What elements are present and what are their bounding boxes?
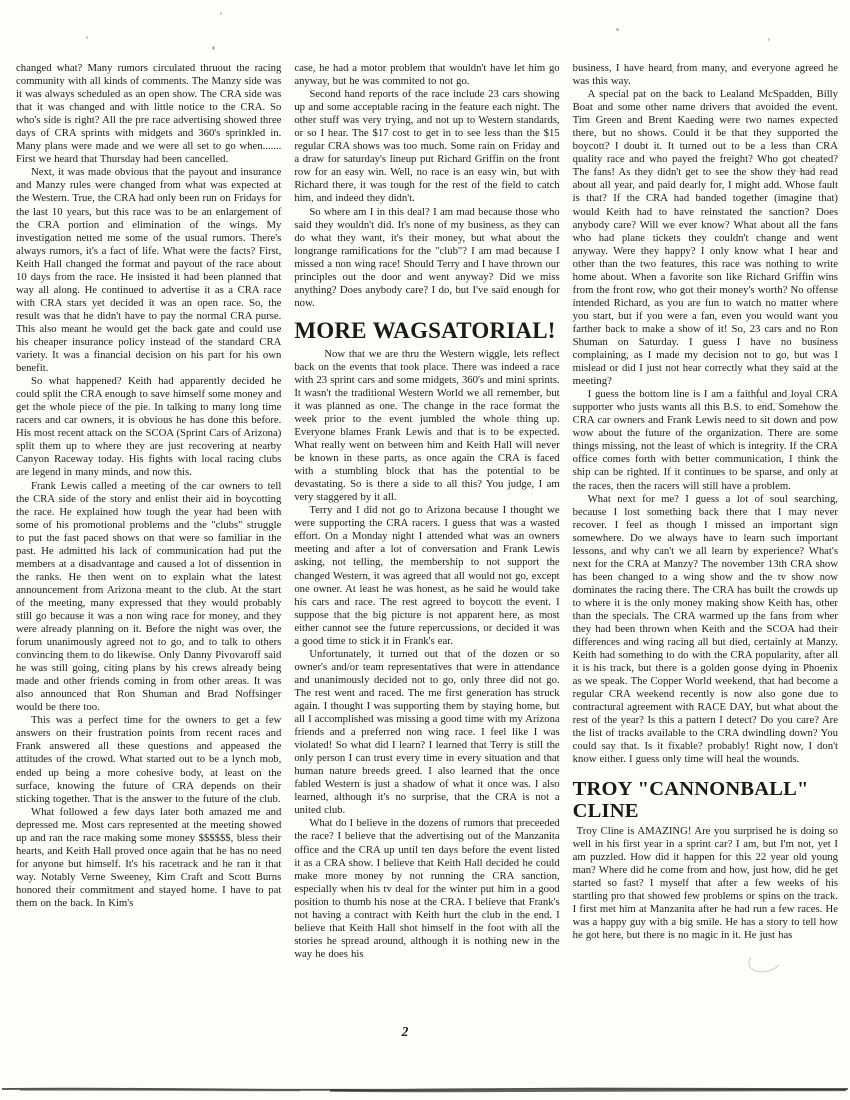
scan-artifact [220, 12, 222, 15]
paragraph: What followed a few days later both amaz… [16, 806, 281, 910]
paragraph: What next for me? I guess a lot of soul … [573, 493, 838, 767]
paragraph: So what happened? Keith had apparently d… [16, 375, 281, 479]
paragraph: Next, it was made obvious that the payou… [16, 166, 281, 375]
paragraph: Terry and I did not go to Arizona becaus… [294, 504, 559, 648]
paragraph: Troy Cline is AMAZING! Are you surprised… [573, 825, 838, 942]
paragraph: So where am I in this deal? I am mad bec… [294, 206, 559, 310]
paragraph: What do I believe in the dozens of rumor… [294, 817, 559, 961]
paragraph: This was a perfect time for the owners t… [16, 714, 281, 805]
paragraph: Second hand reports of the race include … [294, 88, 559, 205]
column-3: business, I have heard from many, and ev… [573, 62, 838, 961]
paragraph: I guess the bottom line is I am a faithf… [573, 388, 838, 492]
page-number: 2 [0, 1024, 810, 1040]
scan-artifact [86, 36, 88, 39]
paragraph: A special pat on the back to Lealand McS… [573, 88, 838, 388]
scan-artifact [616, 28, 619, 31]
paragraph: Frank Lewis called a meeting of the car … [16, 480, 281, 715]
section-heading-more-wagsatorial: MORE WAGSATORIAL! [294, 319, 559, 344]
article-columns: changed what? Many rumors circulated thr… [16, 62, 838, 961]
newsletter-page: changed what? Many rumors circulated thr… [0, 0, 850, 1100]
column-2: case, he had a motor problem that wouldn… [294, 62, 559, 961]
scan-artifact [212, 46, 215, 50]
paragraph: Unfortunately, it turned out that of the… [294, 648, 559, 818]
paragraph: changed what? Many rumors circulated thr… [16, 62, 281, 166]
paragraph: case, he had a motor problem that wouldn… [294, 62, 559, 88]
paragraph: business, I have heard from many, and ev… [573, 62, 838, 88]
paragraph: Now that we are thru the Western wiggle,… [294, 348, 559, 505]
scan-artifact-bottom-edge [0, 1082, 850, 1096]
scan-artifact [768, 38, 770, 41]
column-1: changed what? Many rumors circulated thr… [16, 62, 281, 961]
section-heading-troy-cannonball-cline: TROY "CANNONBALL" CLINE [573, 778, 838, 822]
